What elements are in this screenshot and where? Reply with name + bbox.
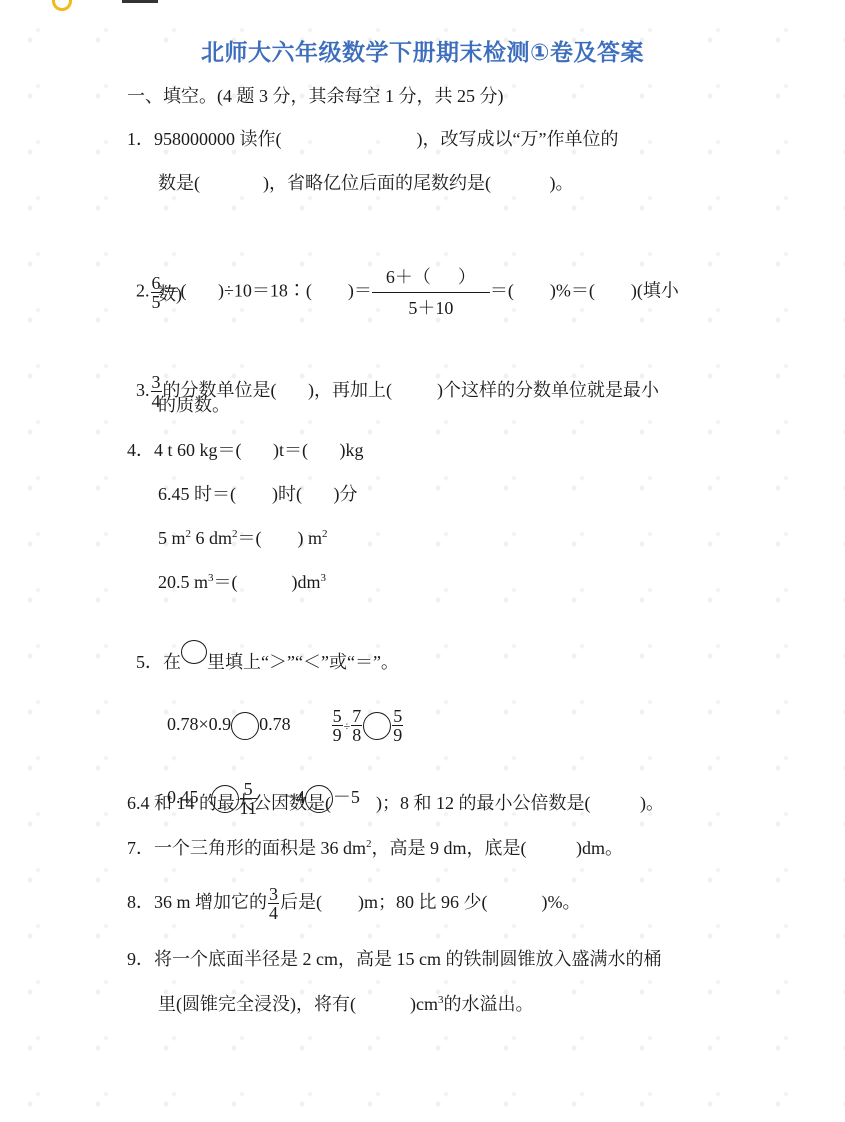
text: 的水溢出。: [443, 994, 533, 1014]
question-3-text: 的分数单位是( )，再加上( )个这样的分数单位就是最小: [163, 380, 659, 400]
logo-icon: [52, 0, 72, 11]
text: 8．36 m 增加它的: [127, 892, 267, 912]
numerator: 5: [392, 707, 403, 726]
text: 5 m: [158, 528, 186, 548]
question-3-line-2: 的质数。: [158, 393, 230, 417]
text: 6 dm: [191, 528, 232, 548]
question-7: 7．一个三角形的面积是 36 dm2，高是 9 dm，底是( )dm。: [127, 836, 623, 860]
fraction-expression: 6＋（ ）5＋10: [372, 262, 490, 323]
question-2-line-2: 数): [158, 282, 182, 306]
text: 20.5 m: [158, 572, 208, 592]
question-2: 2.65＝( )÷10＝18∶( )＝6＋（ ）5＋10＝( )%＝( )(填小: [127, 214, 679, 323]
question-1-line-2: 数是( )，省略亿位后面的尾数约是( )。: [158, 171, 573, 195]
text: ＝( ) m: [238, 528, 323, 548]
numerator: 3: [268, 885, 279, 904]
question-1-line-1: 1．958000000 读作( )，改写成以“万”作单位的: [127, 127, 618, 151]
text: ＝( )dm: [214, 572, 321, 592]
question-2-tail: ＝( )%＝( )(填小: [490, 281, 679, 301]
denominator: 4: [268, 904, 279, 922]
header-fragment: [122, 0, 158, 3]
question-6: 6.4 和 14 的最大公因数是( )；8 和 12 的最小公倍数是( )。: [127, 791, 664, 815]
numerator: 3: [151, 373, 162, 392]
question-4-line-1: 4．4 t 60 kg＝( )t＝( )kg: [127, 438, 363, 462]
question-4-line-3: 5 m2 6 dm2＝( ) m2: [158, 526, 328, 550]
question-2-number: 2.: [136, 281, 150, 301]
fraction: 59: [392, 707, 403, 744]
answer-circle[interactable]: [363, 712, 391, 740]
question-8: 8．36 m 增加它的34后是( )m；80 比 96 少( )%。: [127, 880, 581, 924]
page-title: 北师大六年级数学下册期末检测①卷及答案: [0, 34, 845, 67]
denominator: 9: [392, 726, 403, 744]
question-4-line-4: 20.5 m3＝( )dm3: [158, 570, 326, 594]
section-heading: 一、填空。(4 题 3 分，其余每空 1 分，共 25 分): [127, 84, 504, 108]
question-9-line-1: 9．将一个底面半径是 2 cm，高是 15 cm 的铁制圆锥放入盛满水的桶: [127, 947, 661, 971]
text: 7．一个三角形的面积是 36 dm: [127, 838, 366, 858]
text: 里(圆锥完全浸没)，将有( )cm: [158, 994, 438, 1014]
question-2-middle: ＝( )÷10＝18∶( )＝: [163, 281, 372, 301]
question-3-number: 3.: [136, 380, 150, 400]
superscript: 3: [321, 572, 327, 584]
question-9-line-2: 里(圆锥完全浸没)，将有( )cm3的水溢出。: [158, 992, 533, 1016]
numerator: 6＋（ ）: [372, 262, 490, 293]
question-4-line-2: 6.45 时＝( )时( )分: [158, 482, 357, 506]
text: ，高是 9 dm，底是( )dm。: [372, 838, 624, 858]
denominator: 5＋10: [408, 298, 453, 318]
text: 后是( )m；80 比 96 少( )%。: [280, 892, 580, 912]
superscript: 2: [322, 528, 328, 540]
fraction-3-4: 34: [268, 885, 279, 922]
